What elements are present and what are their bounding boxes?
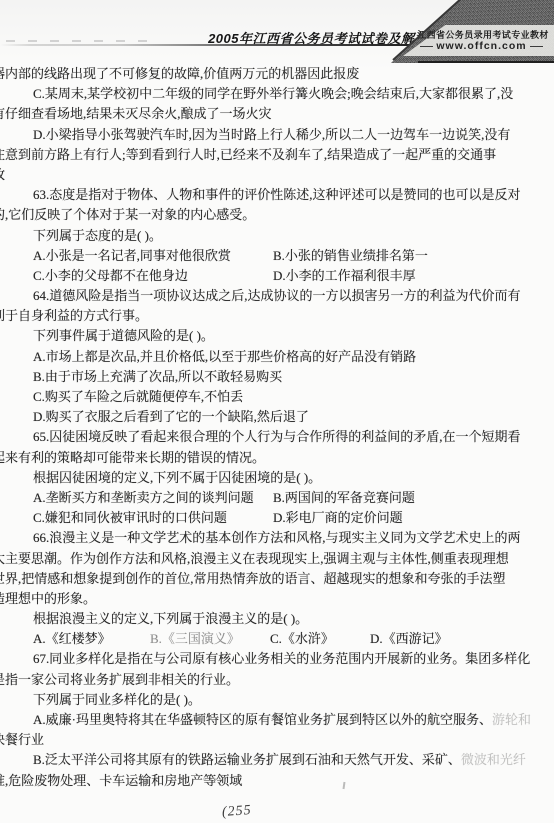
line-text: 维,危险废物处理、卡车运输和房地产等领域 [0,773,242,788]
text-line: 利于自身利益的方式行事。 [0,306,554,326]
text-line: B.泛太平洋公司将其原有的铁路运输业务扩展到石油和天然气开发、采矿、微波和光纤 [0,750,554,770]
line-text: A.威廉·玛里奥特将其在华盛顿特区的原有餐馆业务扩展到特区以外的航空服务、 [33,712,492,727]
line-text: 64.道德风险是指当一项协议达成之后,达成协议的一方以损害另一方的利益为代价而有 [33,288,521,303]
text-line: 起来有利的策略却可能带来长期的错误的情况。 [0,448,554,468]
line-text: 利于自身利益的方式行事。 [0,308,148,323]
line-text: 下列属于态度的是( )。 [33,228,162,243]
exam-text-block: 器内部的线路出现了不可修复的故障,价值两万元的机器因此报废C.某周末,某学校初中… [0,64,554,791]
line-text: 世界,把情感和想象提到创作的首位,常用热情奔放的语言、超越现实的想象和夸张的手法… [0,571,506,586]
line-text: C.某周末,某学校初中二年级的同学在野外举行篝火晚会;晚会结束后,大家都很累了,… [33,86,513,101]
line-text: D.购买了衣服之后看到了它的一个缺陷,然后退了 [33,409,309,424]
text-line: B.由于市场上充满了次品,所以不敢轻易购买 [0,367,554,387]
option-text: D.彩电厂商的定价问题 [273,508,403,528]
line-text: 是指一家公司将业务扩展到非相关的行业。 [0,672,239,687]
option-text: B.小张的销售业绩排名第一 [273,246,428,266]
text-line: 大主要思潮。作为创作方法和风格,浪漫主义在表现现实上,强调主观与主体性,侧重表现… [0,549,554,569]
line-text: A.市场上都是次品,并且价格低,以至于那些价格高的好产品没有销路 [33,349,416,364]
line-text: 故 [0,167,5,182]
line-text: 注意到前方路上有行人;等到看到行人时,已经来不及刹车了,结果造成了一起严重的交通… [0,147,496,162]
line-text: 有仔细查看场地,结果未灭尽余火,酿成了一场火灾 [0,106,272,121]
text-line: C.小李的父母都不在他身边D.小李的工作福利很丰厚 [0,266,554,286]
option-text: A.垄断买方和垄断卖方之间的谈判问题 [33,488,254,508]
faded-line-text: 微波和光纤 [461,752,526,767]
text-line: 造理想中的形象。 [0,589,554,609]
line-text: 大主要思潮。作为创作方法和风格,浪漫主义在表现现实上,强调主观与主体性,侧重表现… [0,551,509,566]
option-text: D.《西游记》 [370,629,448,649]
text-line: 维,危险废物处理、卡车运输和房地产等领域 [0,771,554,791]
option-text: A.小张是一名记者,同事对他很欣赏 [33,246,231,266]
text-line: C.某周末,某学校初中二年级的同学在野外举行篝火晚会;晚会结束后,大家都很累了,… [0,84,554,104]
line-text: B.由于市场上充满了次品,所以不敢轻易购买 [33,369,282,384]
text-line: 63.态度是指对于物体、人物和事件的评价性陈述,这种评述可以是赞同的也可以是反对 [0,185,554,205]
option-text: C.小李的父母都不在他身边 [33,266,188,286]
line-text: 起来有利的策略却可能带来长期的错误的情况。 [0,450,265,465]
text-line: A.市场上都是次品,并且价格低,以至于那些价格高的好产品没有销路 [0,347,554,367]
option-text: A.《红楼梦》 [33,629,111,649]
option-text: D.小李的工作福利很丰厚 [273,266,416,286]
page-number: (255 [221,803,252,821]
text-line: 注意到前方路上有行人;等到看到行人时,已经来不及刹车了,结果造成了一起严重的交通… [0,145,554,165]
text-line: 下列属于态度的是( )。 [0,226,554,246]
text-line: D.购买了衣服之后看到了它的一个缺陷,然后退了 [0,407,554,427]
text-line: 是指一家公司将业务扩展到非相关的行业。 [0,670,554,690]
text-line: 故 [0,165,554,185]
text-line: A.《红楼梦》B.《三国演义》C.《水浒》D.《西游记》 [0,629,554,649]
text-line: 有仔细查看场地,结果未灭尽余火,酿成了一场火灾 [0,104,554,124]
line-text: C.购买了车险之后就随便停车,不怕丢 [33,389,243,404]
scan-speck [203,778,217,780]
text-line: 下列事件属于道德风险的是( )。 [0,326,554,346]
line-text: 65.囚徒困境反映了看起来很合理的个人行为与合作所得的利益间的矛盾,在一个短期看 [33,429,521,444]
line-text: 根据浪漫主义的定义,下列属于浪漫主义的是( )。 [33,611,308,626]
text-line: 快餐行业 [0,730,554,750]
line-text: 的,它们反映了个体对于某一对象的内心感受。 [0,207,255,222]
text-line: A.垄断买方和垄断卖方之间的谈判问题B.两国间的军备竞赛问题 [0,488,554,508]
option-text: C.嫌犯和同伙被审讯时的口供问题 [33,508,227,528]
text-line: 下列属于同业多样化的是( )。 [0,690,554,710]
text-line: 67.同业多样化是指在与公司原有核心业务相关的业务范围内开展新的业务。集团多样化 [0,649,554,669]
text-line: A.威廉·玛里奥特将其在华盛顿特区的原有餐馆业务扩展到特区以外的航空服务、游轮和 [0,710,554,730]
text-line: C.购买了车险之后就随便停车,不怕丢 [0,387,554,407]
line-text: B.泛太平洋公司将其原有的铁路运输业务扩展到石油和天然气开发、采矿、 [33,752,461,767]
line-text: 下列事件属于道德风险的是( )。 [33,328,214,343]
text-line: 的,它们反映了个体对于某一对象的内心感受。 [0,205,554,225]
line-text: 67.同业多样化是指在与公司原有核心业务相关的业务范围内开展新的业务。集团多样化 [33,651,530,666]
line-text: 66.浪漫主义是一种文学艺术的基本创作方法和风格,与现实主义同为文学艺术史上的两 [33,530,521,545]
option-text: B.《三国演义》 [150,629,240,649]
text-line: D.小梁指导小张驾驶汽车时,因为当时路上行人稀少,所以二人一边驾车一边说笑,没有 [0,125,554,145]
text-line: 65.囚徒困境反映了看起来很合理的个人行为与合作所得的利益间的矛盾,在一个短期看 [0,427,554,447]
text-line: 根据浪漫主义的定义,下列属于浪漫主义的是( )。 [0,609,554,629]
line-text: 根据囚徒困境的定义,下列不属于囚徒困境的是( )。 [33,470,321,485]
option-text: B.两国间的军备竞赛问题 [273,488,415,508]
text-line: 世界,把情感和想象提到创作的首位,常用热情奔放的语言、超越现实的想象和夸张的手法… [0,569,554,589]
line-text: 造理想中的形象。 [0,591,96,606]
text-line: 66.浪漫主义是一种文学艺术的基本创作方法和风格,与现实主义同为文学艺术史上的两 [0,528,554,548]
text-line: 64.道德风险是指当一项协议达成之后,达成协议的一方以损害另一方的利益为代价而有 [0,286,554,306]
line-text: 63.态度是指对于物体、人物和事件的评价性陈述,这种评述可以是赞同的也可以是反对 [33,187,521,202]
line-text: D.小梁指导小张驾驶汽车时,因为当时路上行人稀少,所以二人一边驾车一边说笑,没有 [33,127,510,142]
corner-tab-bottom-line [418,61,554,63]
publisher-corner-tab: 江西省公务员录用考试专业教材 www.offcn.com [391,0,554,63]
text-line: C.嫌犯和同伙被审讯时的口供问题D.彩电厂商的定价问题 [0,508,554,528]
line-text: 快餐行业 [0,732,44,747]
text-line: 根据囚徒困境的定义,下列不属于囚徒困境的是( )。 [0,468,554,488]
line-text: 下列属于同业多样化的是( )。 [33,692,201,707]
text-line: 器内部的线路出现了不可修复的故障,价值两万元的机器因此报废 [0,64,554,84]
faded-line-text: 游轮和 [492,712,531,727]
text-line: A.小张是一名记者,同事对他很欣赏B.小张的销售业绩排名第一 [0,246,554,266]
option-text: C.《水浒》 [270,629,334,649]
scanned-exam-page: 2005年江西省公务员考试试卷及解析 江西省公务员录用考试专业教材 www.of… [0,0,554,823]
publisher-watermark-url: www.offcn.com [413,40,550,52]
line-text: 器内部的线路出现了不可修复的故障,价值两万元的机器因此报废 [0,66,359,81]
scan-speck [6,40,156,42]
